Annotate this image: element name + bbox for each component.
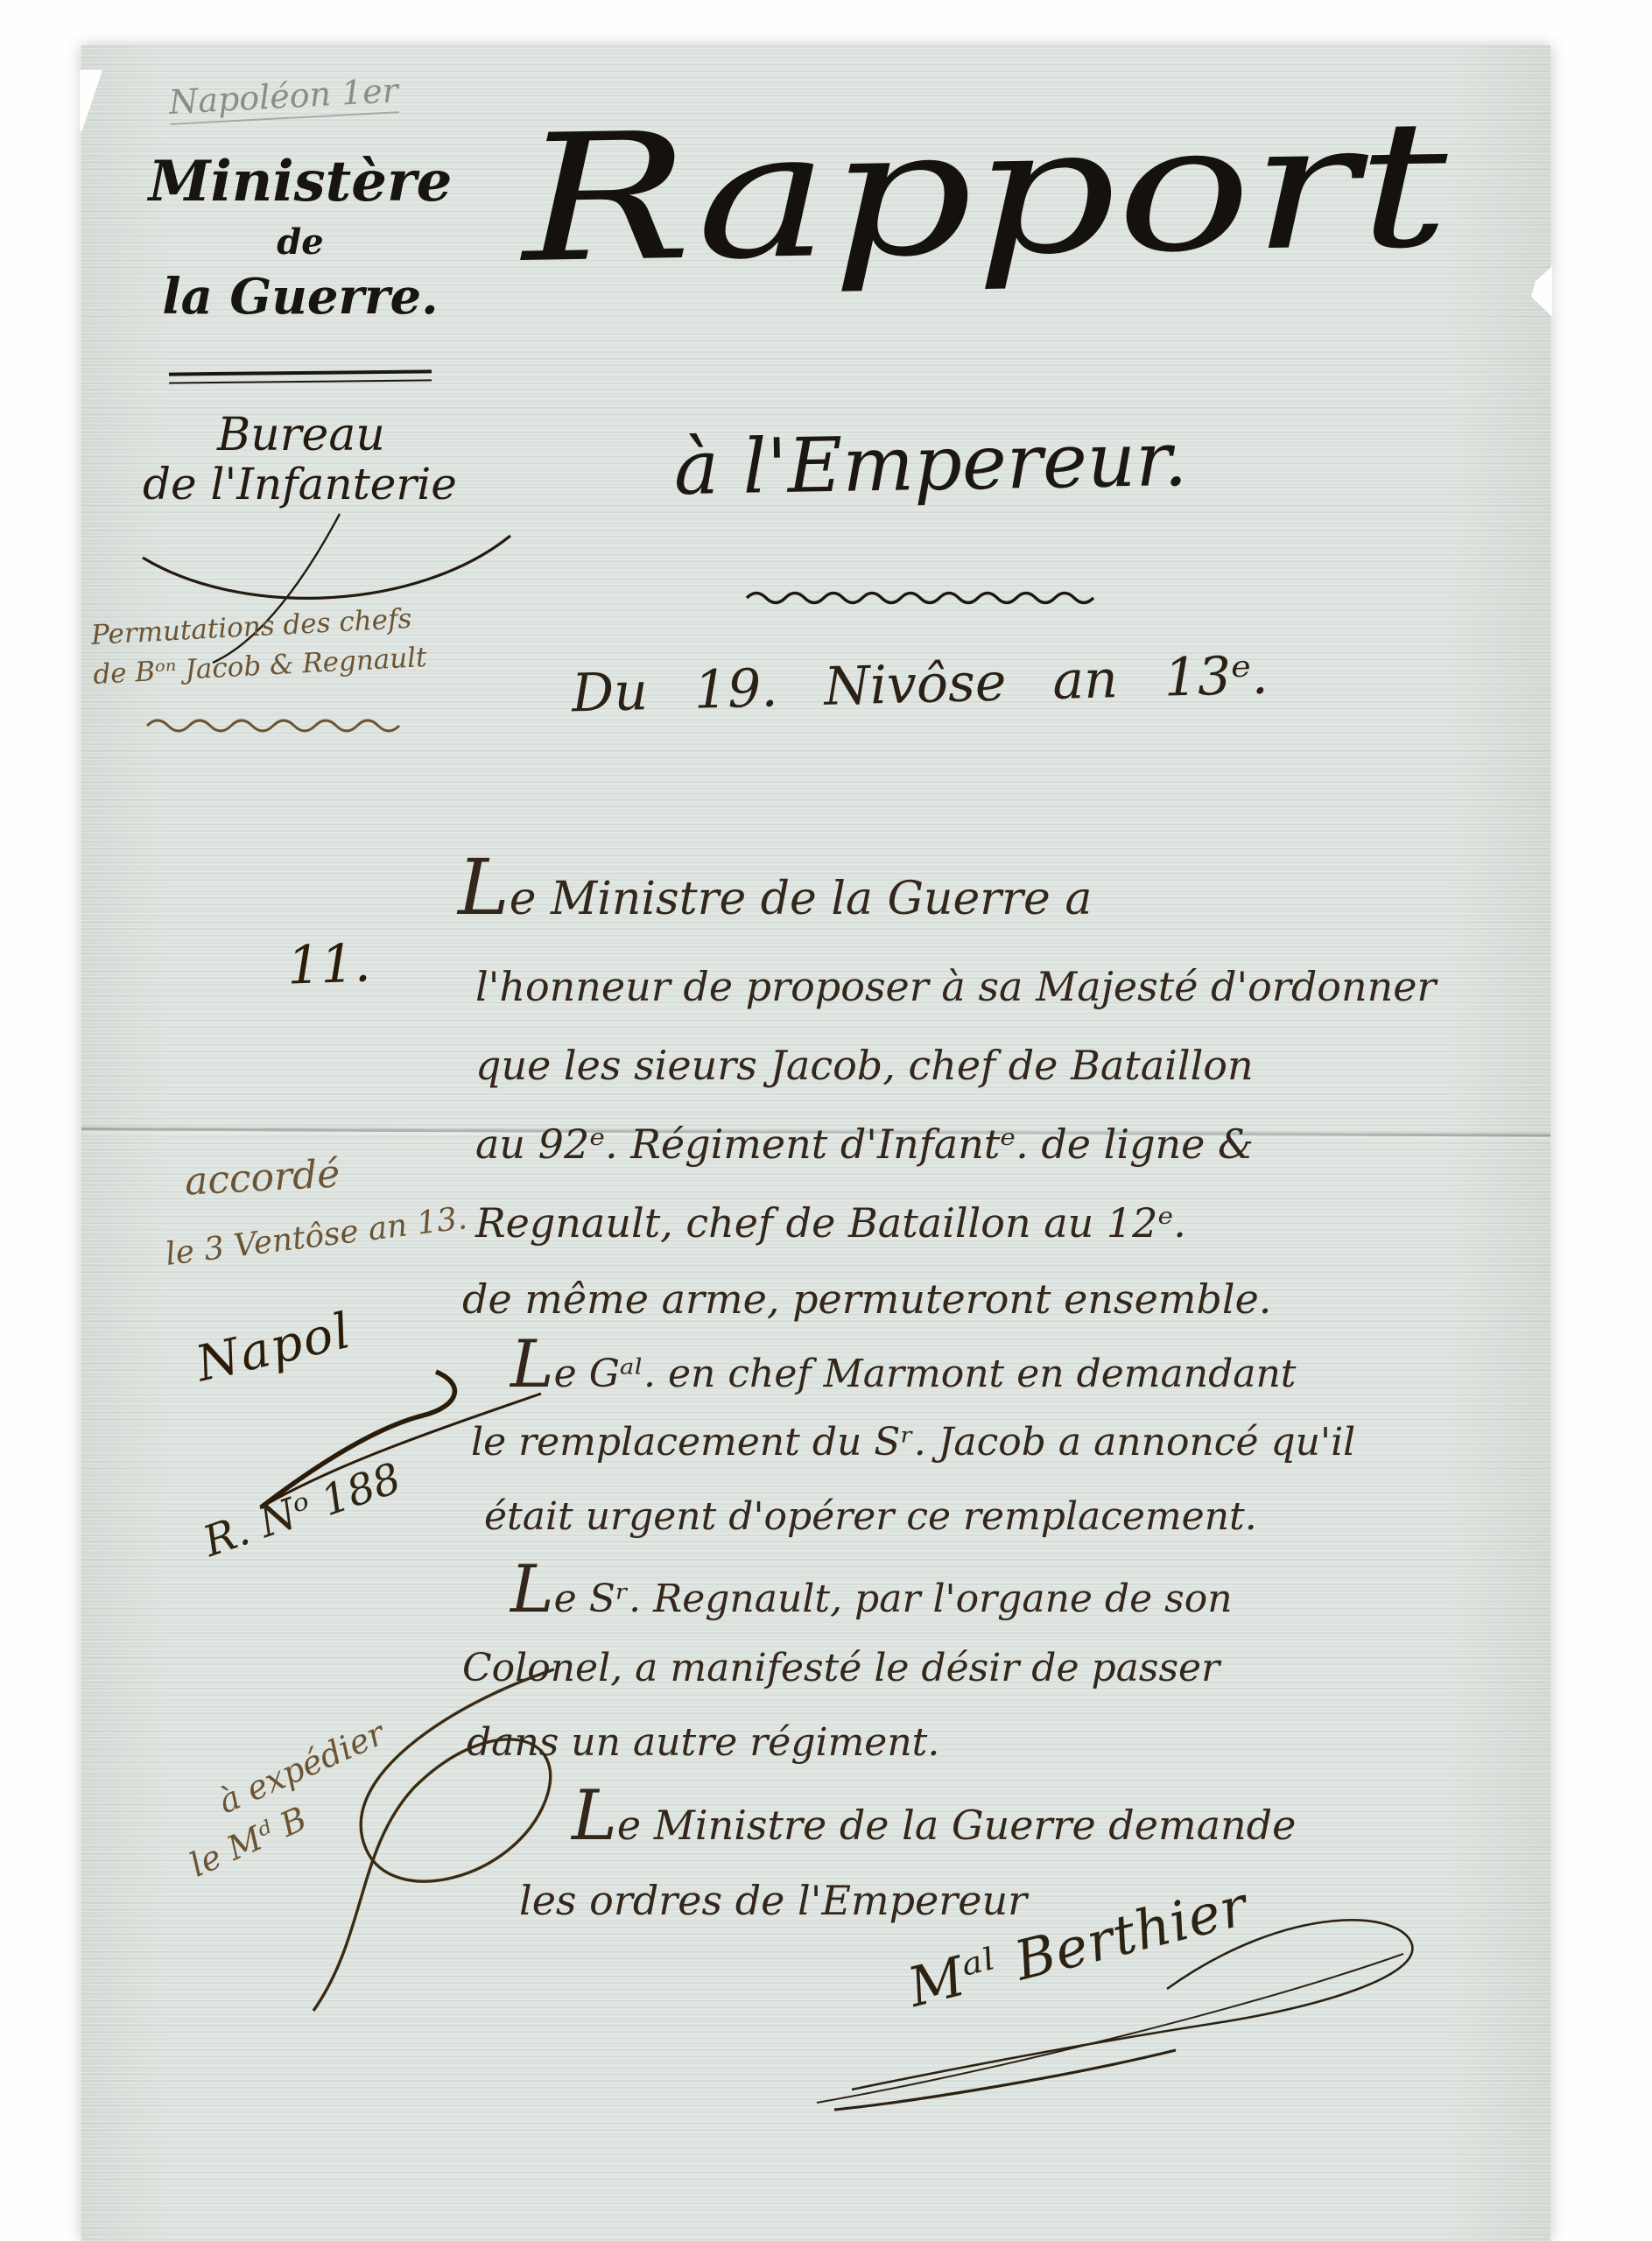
body-line: au 92ᵉ. Régiment d'Infantᵉ. de ligne &	[475, 1120, 1254, 1168]
date-line: Du 19. Nivôse an 13ᵉ.	[571, 645, 1269, 725]
signature-flourish	[799, 1884, 1430, 2129]
body-line: Regnault, chef de Bataillon au 12ᵉ.	[475, 1199, 1186, 1247]
letterhead-rule	[169, 369, 432, 383]
ministry-line-1: Ministère	[143, 149, 458, 214]
subject-squiggle	[143, 715, 414, 736]
paper-tear-topleft	[80, 70, 102, 131]
ministry-line-3: la Guerre.	[143, 268, 458, 326]
body-line: Le Sʳ. Regnault, par l'organe de son	[510, 1570, 1233, 1621]
body-line: Le Gᵃˡ. en chef Marmont en demandant	[510, 1345, 1297, 1396]
paper-tear-right	[1531, 266, 1552, 317]
letterhead: Ministère de la Guerre.	[143, 149, 458, 326]
body-line: Colonel, a manifesté le désir de passer	[462, 1646, 1220, 1690]
document-page: Napoléon 1er Ministère de la Guerre. Bur…	[81, 46, 1550, 2241]
bureau-line-1: Bureau	[217, 409, 385, 461]
pencil-note: Napoléon 1er	[168, 71, 399, 125]
ministry-line-2: de	[143, 221, 458, 263]
report-title: Rapport	[519, 83, 1451, 302]
body-line: que les sieurs Jacob, chef de Bataillon	[475, 1042, 1254, 1089]
subject-note: Permutations des chefs de Bᵒⁿ Jacob & Re…	[90, 599, 428, 695]
dispatch-paraph	[283, 1647, 598, 2024]
body-line: dans un autre régiment.	[467, 1720, 939, 1765]
bureau-line-2: de l'Infanterie	[143, 459, 457, 509]
report-subtitle: à l'Empereur.	[597, 414, 1264, 513]
approval-line-1: accordé	[184, 1151, 341, 1204]
body-line: Le Ministre de la Guerre a	[458, 864, 1092, 925]
body-line: l'honneur de proposer à sa Majesté d'ord…	[475, 963, 1436, 1010]
approval-line-2: le 3 Ventôse an 13.	[164, 1200, 469, 1273]
body-line: le remplacement du Sʳ. Jacob a annoncé q…	[471, 1420, 1355, 1465]
body-line: était urgent d'opérer ce remplacement.	[484, 1494, 1257, 1539]
body-line: de même arme, permuteront ensemble.	[462, 1275, 1271, 1323]
item-number: 11.	[286, 932, 372, 996]
subtitle-rule	[742, 588, 1119, 608]
body-line: Le Ministre de la Guerre demande	[572, 1796, 1296, 1849]
